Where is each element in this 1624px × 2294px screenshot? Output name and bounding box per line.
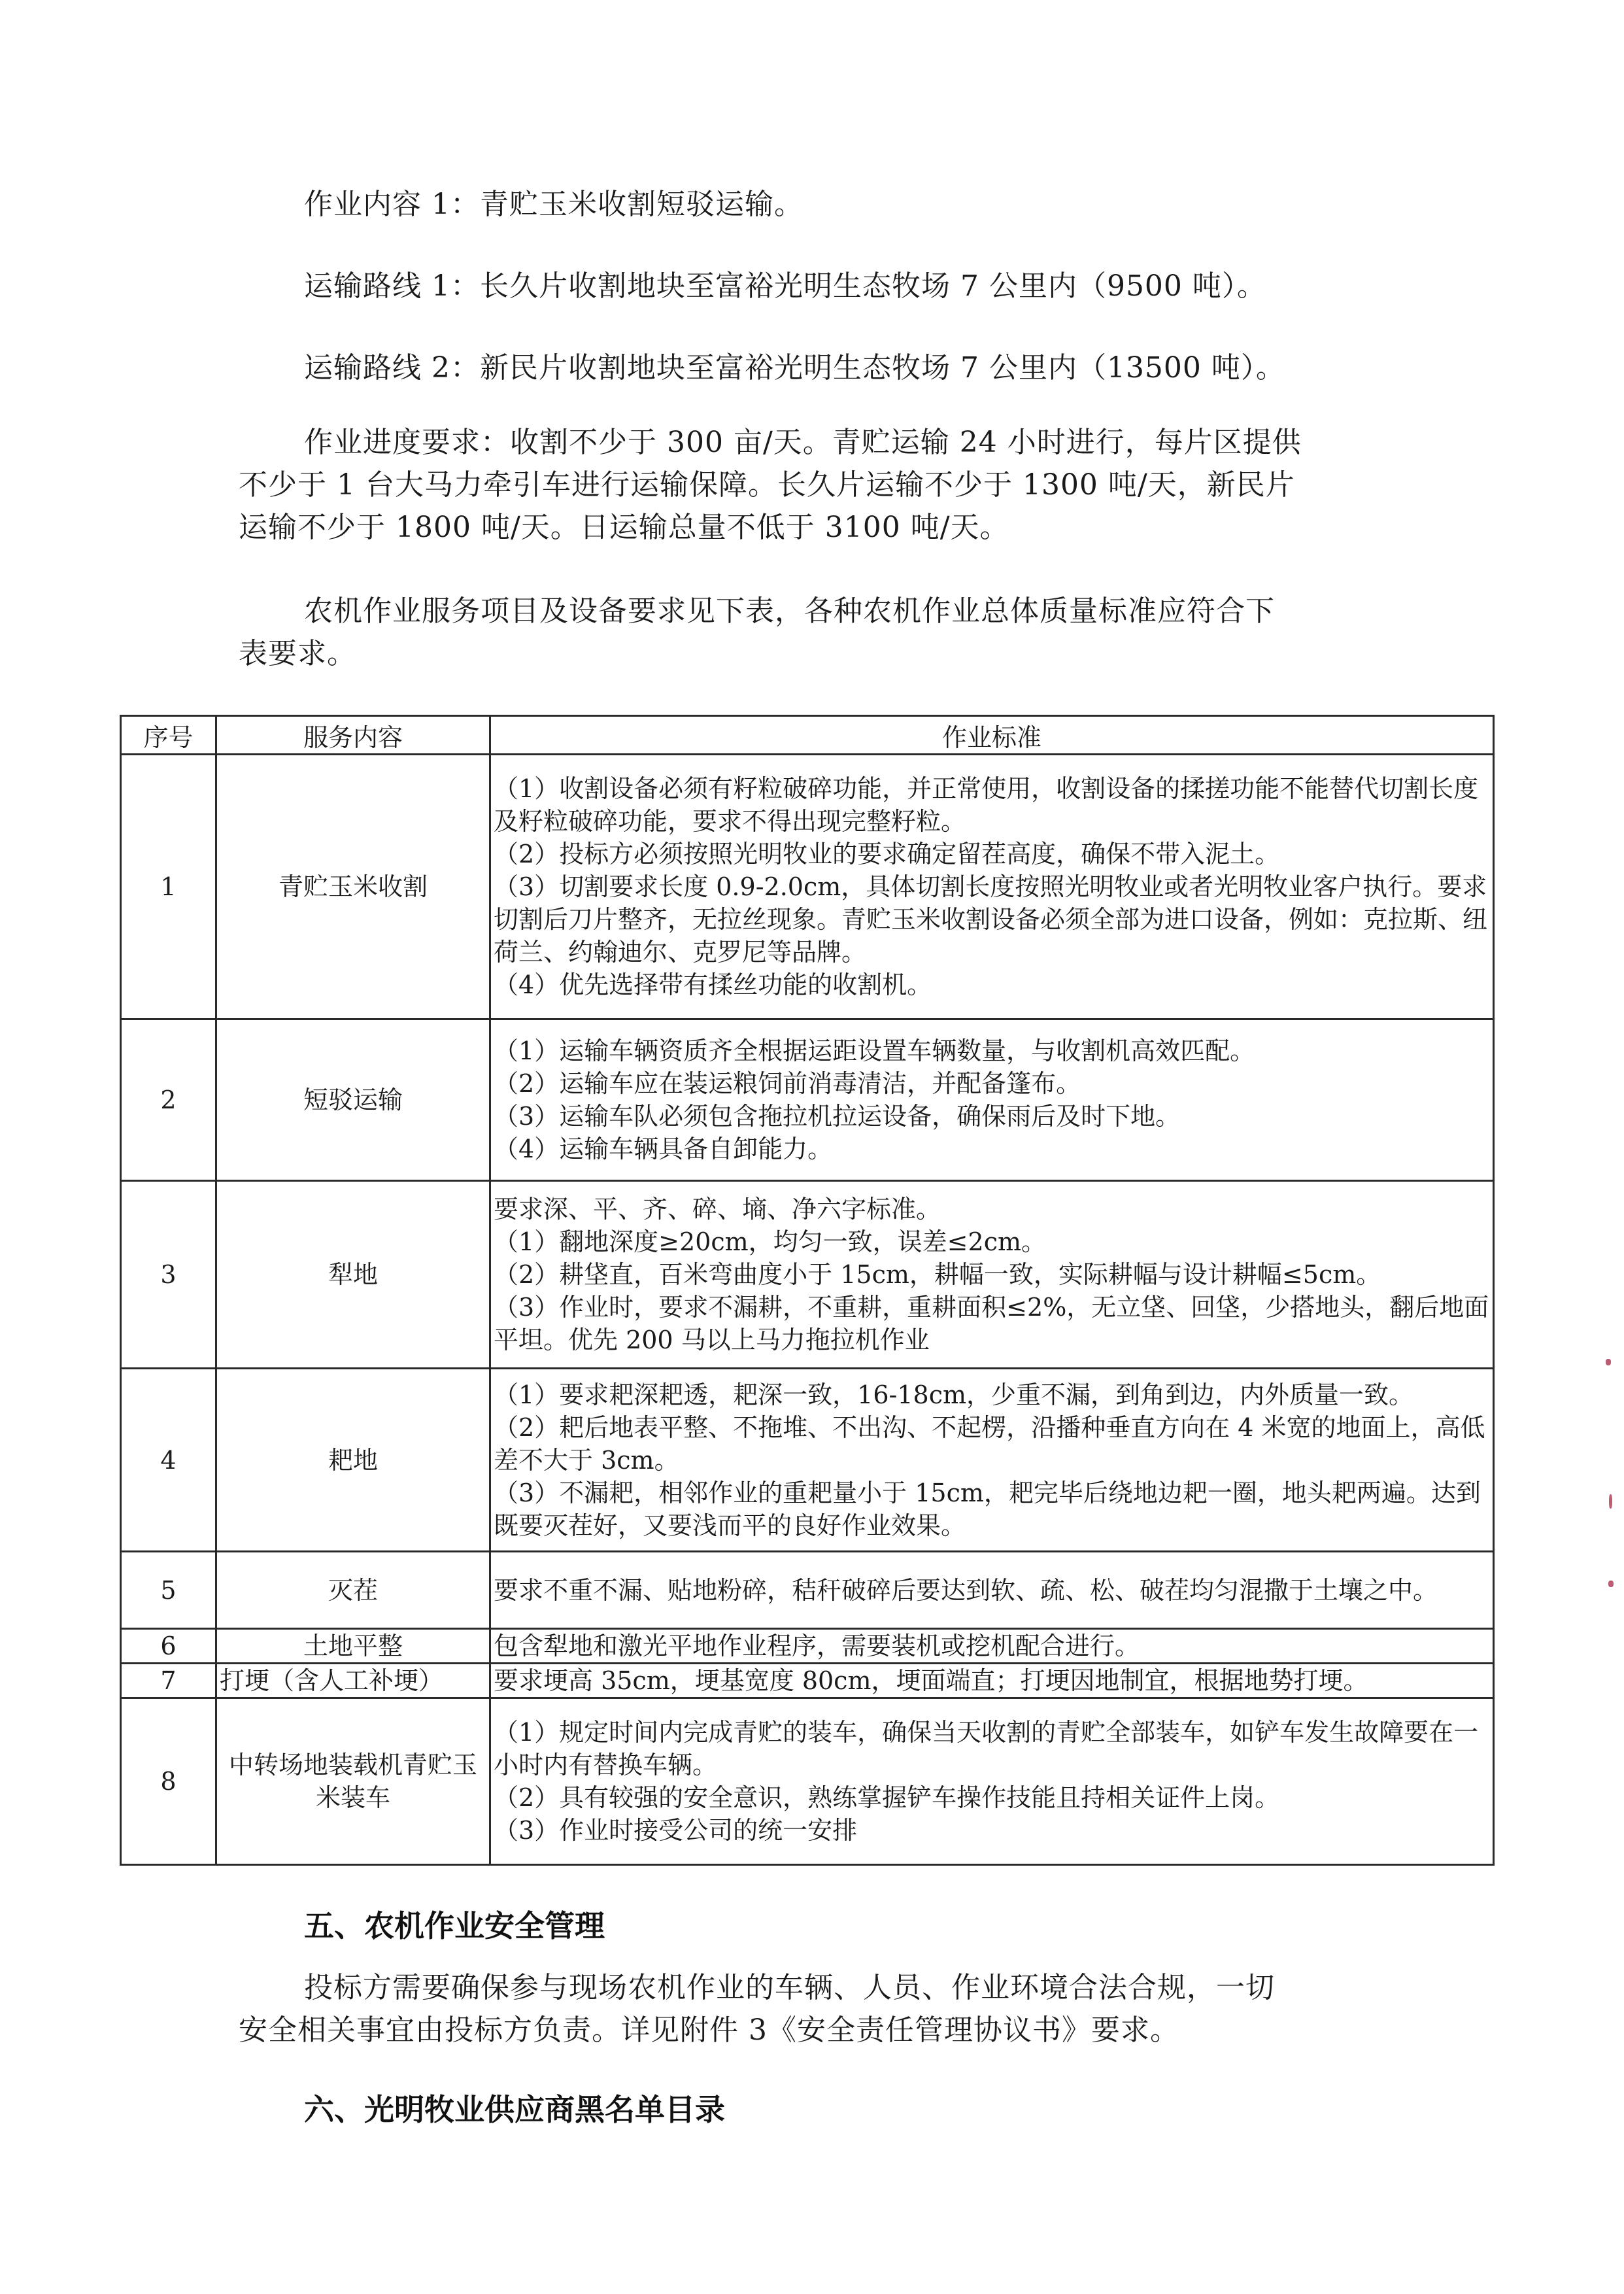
progress-line-3: 运输不少于 1800 吨/天。日运输总量不低于 3100 吨/天。 — [239, 508, 1009, 547]
row-no: 4 — [121, 1369, 216, 1552]
progress-line-2: 不少于 1 台大马力牵引车进行运输保障。长久片运输不少于 1300 吨/天，新民… — [239, 466, 1295, 505]
standard-item: （3）不漏耙，相邻作业的重耙量小于 15cm，耙完毕后绕地边耙一圈，地头耙两遍。… — [494, 1477, 1490, 1542]
row-standards: 要求深、平、齐、碎、墒、净六字标准。 （1）翻地深度≥20cm，均匀一致，误差≤… — [490, 1181, 1494, 1369]
row-service: 青贮玉米收割 — [216, 755, 490, 1019]
table-intro-line-2: 表要求。 — [239, 634, 356, 674]
section-6-heading: 六、光明牧业供应商黑名单目录 — [304, 2089, 725, 2130]
standard-item: 包含犁地和激光平地作业程序，需要装机或挖机配合进行。 — [494, 1630, 1490, 1662]
standard-item: （3）切割要求长度 0.9-2.0cm，具体切割长度按照光明牧业或者光明牧业客户… — [494, 870, 1490, 968]
standard-item: （3）作业时，要求不漏耕，不重耕，重耕面积≤2%，无立垡、回垡，少搭地头，翻后地… — [494, 1291, 1490, 1356]
table-row: 6 土地平整 包含犁地和激光平地作业程序，需要装机或挖机配合进行。 — [121, 1629, 1494, 1664]
standard-item: 要求埂高 35cm，埂基宽度 80cm，埂面端直；打埂因地制宜，根据地势打埂。 — [494, 1664, 1490, 1697]
standard-item: （1）规定时间内完成青贮的装车，确保当天收割的青贮全部装车，如铲车发生故障要在一… — [494, 1716, 1490, 1781]
standard-item: （1）要求耙深耙透，耙深一致，16-18cm，少重不漏，到角到边，内外质量一致。 — [494, 1378, 1490, 1411]
row-no: 7 — [121, 1664, 216, 1698]
table-row: 4 耙地 （1）要求耙深耙透，耙深一致，16-18cm，少重不漏，到角到边，内外… — [121, 1369, 1494, 1552]
work-content-line: 作业内容 1：青贮玉米收割短驳运输。 — [304, 185, 804, 224]
row-standards: 包含犁地和激光平地作业程序，需要装机或挖机配合进行。 — [490, 1629, 1494, 1664]
route-1-line: 运输路线 1：长久片收割地块至富裕光明生态牧场 7 公里内（9500 吨）。 — [304, 267, 1266, 306]
stamp-mark-icon — [1606, 1359, 1611, 1365]
row-service: 打埂（含人工补埂） — [216, 1664, 490, 1698]
header-service: 服务内容 — [216, 716, 490, 755]
standard-item: （4）运输车辆具备自卸能力。 — [494, 1133, 1490, 1165]
table-row: 7 打埂（含人工补埂） 要求埂高 35cm，埂基宽度 80cm，埂面端直；打埂因… — [121, 1664, 1494, 1698]
table-row: 3 犁地 要求深、平、齐、碎、墒、净六字标准。 （1）翻地深度≥20cm，均匀一… — [121, 1181, 1494, 1369]
row-no: 1 — [121, 755, 216, 1019]
standard-item: （3）运输车队必须包含拖拉机拉运设备，确保雨后及时下地。 — [494, 1100, 1490, 1133]
row-service: 灭茬 — [216, 1552, 490, 1629]
stamp-mark-icon — [1608, 1581, 1614, 1587]
table-header-row: 序号 服务内容 作业标准 — [121, 716, 1494, 755]
row-standards: 要求不重不漏、贴地粉碎，秸秆破碎后要达到软、疏、松、破茬均匀混撒于土壤之中。 — [490, 1552, 1494, 1629]
stamp-mark-icon — [1609, 1494, 1612, 1509]
row-no: 2 — [121, 1019, 216, 1181]
standard-item: （1）收割设备必须有籽粒破碎功能，并正常使用，收割设备的揉搓功能不能替代切割长度… — [494, 772, 1490, 838]
standard-item: （2）耙后地表平整、不拖堆、不出沟、不起楞，沿播种垂直方向在 4 米宽的地面上，… — [494, 1411, 1490, 1477]
standard-item: （2）具有较强的安全意识，熟练掌握铲车操作技能且持相关证件上岗。 — [494, 1781, 1490, 1814]
row-no: 6 — [121, 1629, 216, 1664]
standard-item: 要求不重不漏、贴地粉碎，秸秆破碎后要达到软、疏、松、破茬均匀混撒于土壤之中。 — [494, 1574, 1490, 1607]
standard-item: （2）投标方必须按照光明牧业的要求确定留茬高度，确保不带入泥土。 — [494, 838, 1490, 870]
section-5-line-1: 投标方需要确保参与现场农机作业的车辆、人员、作业环境合法合规，一切 — [304, 1968, 1275, 2008]
table-row: 2 短驳运输 （1）运输车辆资质齐全根据运距设置车辆数量，与收割机高效匹配。 （… — [121, 1019, 1494, 1181]
route-2-line: 运输路线 2：新民片收割地块至富裕光明生态牧场 7 公里内（13500 吨）。 — [304, 349, 1285, 388]
section-5-line-2: 安全相关事宜由投标方负责。详见附件 3《安全责任管理协议书》要求。 — [239, 2011, 1179, 2050]
standard-item: （1）运输车辆资质齐全根据运距设置车辆数量，与收割机高效匹配。 — [494, 1035, 1490, 1067]
row-standards: （1）规定时间内完成青贮的装车，确保当天收割的青贮全部装车，如铲车发生故障要在一… — [490, 1698, 1494, 1865]
row-standards: （1）收割设备必须有籽粒破碎功能，并正常使用，收割设备的揉搓功能不能替代切割长度… — [490, 755, 1494, 1019]
row-standards: 要求埂高 35cm，埂基宽度 80cm，埂面端直；打埂因地制宜，根据地势打埂。 — [490, 1664, 1494, 1698]
standard-item: （4）优先选择带有揉丝功能的收割机。 — [494, 968, 1490, 1001]
row-service: 中转场地装载机青贮玉米装车 — [216, 1698, 490, 1865]
row-no: 8 — [121, 1698, 216, 1865]
row-no: 5 — [121, 1552, 216, 1629]
standard-item: （1）翻地深度≥20cm，均匀一致，误差≤2cm。 — [494, 1225, 1490, 1258]
row-service: 短驳运输 — [216, 1019, 490, 1181]
progress-line-1: 作业进度要求：收割不少于 300 亩/天。青贮运输 24 小时进行，每片区提供 — [304, 423, 1302, 462]
table-row: 1 青贮玉米收割 （1）收割设备必须有籽粒破碎功能，并正常使用，收割设备的揉搓功… — [121, 755, 1494, 1019]
standard-item: （2）运输车应在装运粮饲前消毒清洁，并配备篷布。 — [494, 1067, 1490, 1100]
row-standards: （1）要求耙深耙透，耙深一致，16-18cm，少重不漏，到角到边，内外质量一致。… — [490, 1369, 1494, 1552]
row-no: 3 — [121, 1181, 216, 1369]
standard-item: （3）作业时接受公司的统一安排 — [494, 1814, 1490, 1847]
row-service: 土地平整 — [216, 1629, 490, 1664]
service-standards-table: 序号 服务内容 作业标准 1 青贮玉米收割 （1）收割设备必须有籽粒破碎功能，并… — [120, 715, 1495, 1866]
standard-item: 要求深、平、齐、碎、墒、净六字标准。 — [494, 1193, 1490, 1225]
table-row: 8 中转场地装载机青贮玉米装车 （1）规定时间内完成青贮的装车，确保当天收割的青… — [121, 1698, 1494, 1865]
header-no: 序号 — [121, 716, 216, 755]
header-standard: 作业标准 — [490, 716, 1494, 755]
row-standards: （1）运输车辆资质齐全根据运距设置车辆数量，与收割机高效匹配。 （2）运输车应在… — [490, 1019, 1494, 1181]
row-service: 犁地 — [216, 1181, 490, 1369]
table-intro-line-1: 农机作业服务项目及设备要求见下表，各种农机作业总体质量标准应符合下 — [304, 592, 1275, 631]
table-row: 5 灭茬 要求不重不漏、贴地粉碎，秸秆破碎后要达到软、疏、松、破茬均匀混撒于土壤… — [121, 1552, 1494, 1629]
row-service: 耙地 — [216, 1369, 490, 1552]
standard-item: （2）耕垡直，百米弯曲度小于 15cm，耕幅一致，实际耕幅与设计耕幅≤5cm。 — [494, 1258, 1490, 1291]
section-5-heading: 五、农机作业安全管理 — [304, 1906, 605, 1946]
